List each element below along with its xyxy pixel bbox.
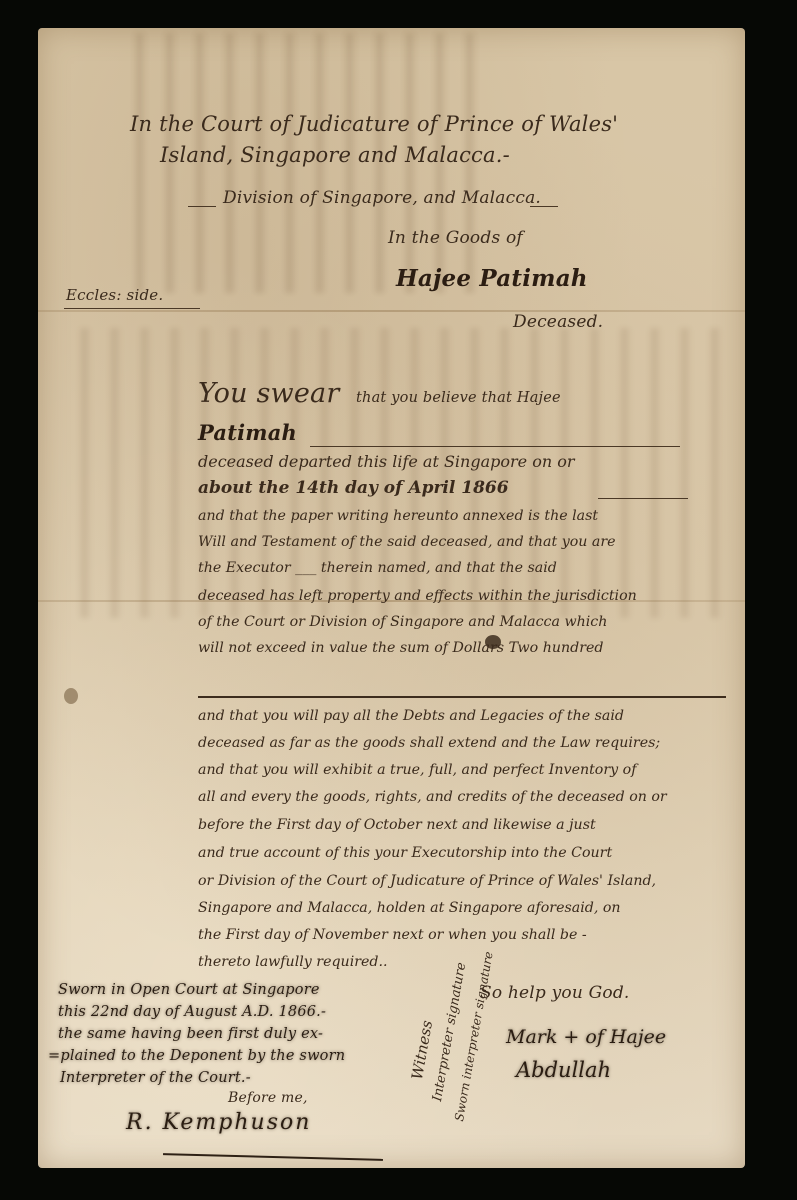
duties-line-5: before the First day of October next and… bbox=[198, 817, 728, 843]
oath-opening: You swear bbox=[198, 378, 339, 409]
division-heading: Division of Singapore, and Malacca. bbox=[223, 188, 541, 208]
duties-line-8: Singapore and Malacca, holden at Singapo… bbox=[198, 900, 728, 926]
jurat-line-4: =plained to the Deponent by the sworn bbox=[48, 1048, 345, 1064]
oath-line-10: will not exceed in value the sum of Doll… bbox=[198, 640, 728, 666]
oath-line-3: deceased departed this life at Singapore… bbox=[198, 452, 728, 478]
name-blank-line bbox=[310, 446, 680, 447]
duties-line-3: and that you will exhibit a true, full, … bbox=[198, 762, 728, 788]
court-heading-line1: In the Court of Judicature of Prince of … bbox=[130, 112, 618, 136]
duties-line-1: and that you will pay all the Debts and … bbox=[198, 708, 728, 734]
margin-note: Eccles: side. bbox=[66, 286, 163, 304]
date-blank-line bbox=[598, 498, 688, 499]
jurat-line-1: Sworn in Open Court at Singapore bbox=[58, 982, 320, 998]
section-divider-rule bbox=[198, 696, 726, 698]
oath-line-6: Will and Testament of the said deceased,… bbox=[198, 534, 728, 560]
manuscript-page: In the Court of Judicature of Prince of … bbox=[38, 28, 745, 1168]
oath-line-9: of the Court or Division of Singapore an… bbox=[198, 614, 728, 640]
oath-line-5: and that the paper writing hereunto anne… bbox=[198, 508, 728, 534]
court-heading-line2: Island, Singapore and Malacca.- bbox=[160, 143, 510, 167]
ink-spot bbox=[64, 688, 78, 704]
deponent-mark-line2: Abdullah bbox=[516, 1058, 611, 1082]
oath-line-8: deceased has left property and effects w… bbox=[198, 588, 728, 614]
duties-line-9: the First day of November next or when y… bbox=[198, 927, 728, 953]
oath-line-1: that you believe that Hajee bbox=[356, 390, 561, 406]
duties-line-6: and true account of this your Executorsh… bbox=[198, 845, 728, 871]
interpreter-signature-1: Witness bbox=[408, 1019, 436, 1081]
duties-line-4: all and every the goods, rights, and cre… bbox=[198, 789, 728, 815]
deceased-name: Hajee Patimah bbox=[396, 265, 588, 292]
deceased-label: Deceased. bbox=[513, 312, 603, 332]
oath-line-7: the Executor ___ therein named, and that… bbox=[198, 560, 728, 586]
jurat-line-2: this 22nd day of August A.D. 1866.- bbox=[58, 1004, 326, 1020]
duties-line-7: or Division of the Court of Judicature o… bbox=[198, 873, 728, 899]
jurat-line-5: Interpreter of the Court.- bbox=[60, 1070, 251, 1086]
judge-signature-flourish bbox=[163, 1153, 383, 1161]
in-the-goods-of: In the Goods of bbox=[388, 228, 523, 248]
fold-line-upper bbox=[38, 310, 745, 312]
deponent-mark-line1: Mark + of Hajee bbox=[506, 1026, 666, 1048]
duties-line-2: deceased as far as the goods shall exten… bbox=[198, 735, 728, 761]
jurat-line-3: the same having been first duly ex- bbox=[58, 1026, 323, 1042]
oath-line-4: about the 14th day of April 1866 bbox=[198, 478, 728, 504]
oath-name-second: Patimah bbox=[198, 420, 297, 445]
judge-signature: R. Kemphuson bbox=[126, 1110, 311, 1135]
division-rule-left bbox=[188, 206, 216, 207]
division-rule-right bbox=[530, 206, 558, 207]
margin-note-underline bbox=[64, 308, 200, 309]
closing-phrase: So help you God. bbox=[480, 983, 630, 1003]
before-me: Before me, bbox=[228, 1090, 308, 1106]
